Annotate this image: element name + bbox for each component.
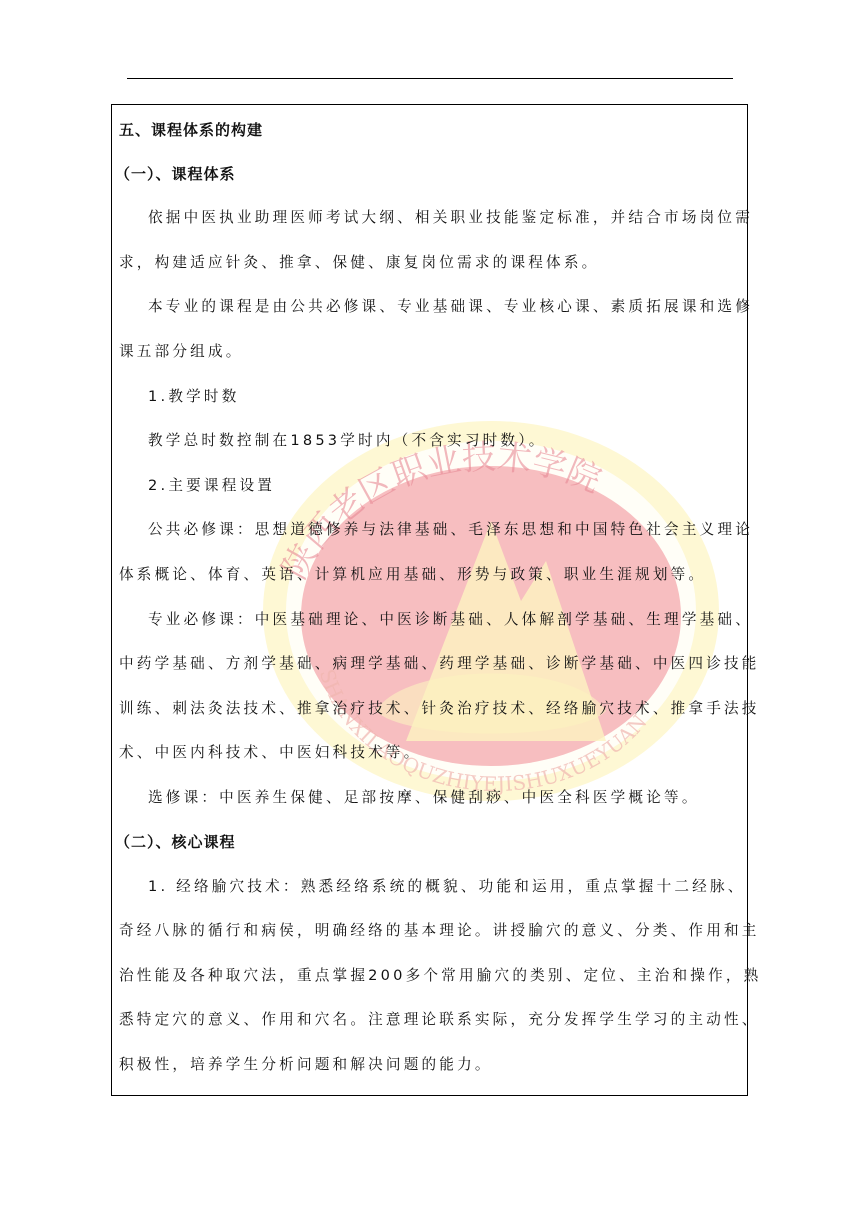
subsection-title-1: （一）、课程体系 [115,164,236,184]
section-title: 五、课程体系的构建 [119,120,263,140]
major-required-line: 专业必修课：中医基础理论、中医诊断基础、人体解剖学基础、生理学基础、 [148,610,753,630]
teaching-hours-text: 教学总时数控制在1853学时内（不含实习时数）。 [148,431,547,451]
electives-line: 选修课：中医养生保健、足部按摩、保健刮痧、中医全科医学概论等。 [148,788,700,808]
core-course-line: 悉特定穴的意义、作用和穴名。注意理论联系实际，充分发挥学生学习的主动性、 [119,1010,760,1030]
major-required-line: 中药学基础、方剂学基础、病理学基础、药理学基础、诊断学基础、中医四诊技能 [119,654,760,674]
svg-text:陕西老区职业技术学院: 陕西老区职业技术学院 [275,437,607,586]
public-required-line: 体系概论、体育、英语、计算机应用基础、形势与政策、职业生涯规划等。 [119,565,706,585]
content-frame: 陕西老区职业技术学院 SHANXILAOQUZHIYEJISHUXUEYUAN … [111,104,748,1096]
core-course-line: 奇经八脉的循行和病侯，明确经络的基本理论。讲授腧穴的意义、分类、作用和主 [119,921,760,941]
paragraph-line: 依据中医执业助理医师考试大纲、相关职业技能鉴定标准，并结合市场岗位需 [148,208,753,228]
public-required-line: 公共必修课：思想道德修养与法律基础、毛泽东思想和中国特色社会主义理论 [148,520,753,540]
paragraph-line: 课五部分组成。 [119,342,244,362]
paragraph-line: 本专业的课程是由公共必修课、专业基础课、专业核心课、素质拓展课和选修 [148,297,753,317]
page-header-rule [127,78,733,79]
paragraph-line: 求，构建适应针灸、推拿、保健、康复岗位需求的课程体系。 [119,253,599,273]
major-required-line: 训练、刺法灸法技术、推拿治疗技术、针灸治疗技术、经络腧穴技术、推拿手法技 [119,699,760,719]
core-course-line: 积极性，培养学生分析问题和解决问题的能力。 [119,1055,493,1075]
core-course-line: 治性能及各种取穴法，重点掌握200多个常用腧穴的类别、定位、主治和操作，熟 [119,966,761,986]
item-heading-teaching-hours: 1.教学时数 [148,387,240,407]
major-required-line: 术、中医内科技术、中医妇科技术等。 [119,743,422,763]
core-course-line: 1. 经络腧穴技术：熟悉经络系统的概貌、功能和运用，重点掌握十二经脉、 [148,877,746,897]
svg-text:SHANXILAOQUZHIYEJISHUXUEYUAN: SHANXILAOQUZHIYEJISHUXUEYUAN [315,666,652,796]
subsection-title-2: （二）、核心课程 [115,832,236,852]
item-heading-main-courses: 2.主要课程设置 [148,476,275,496]
